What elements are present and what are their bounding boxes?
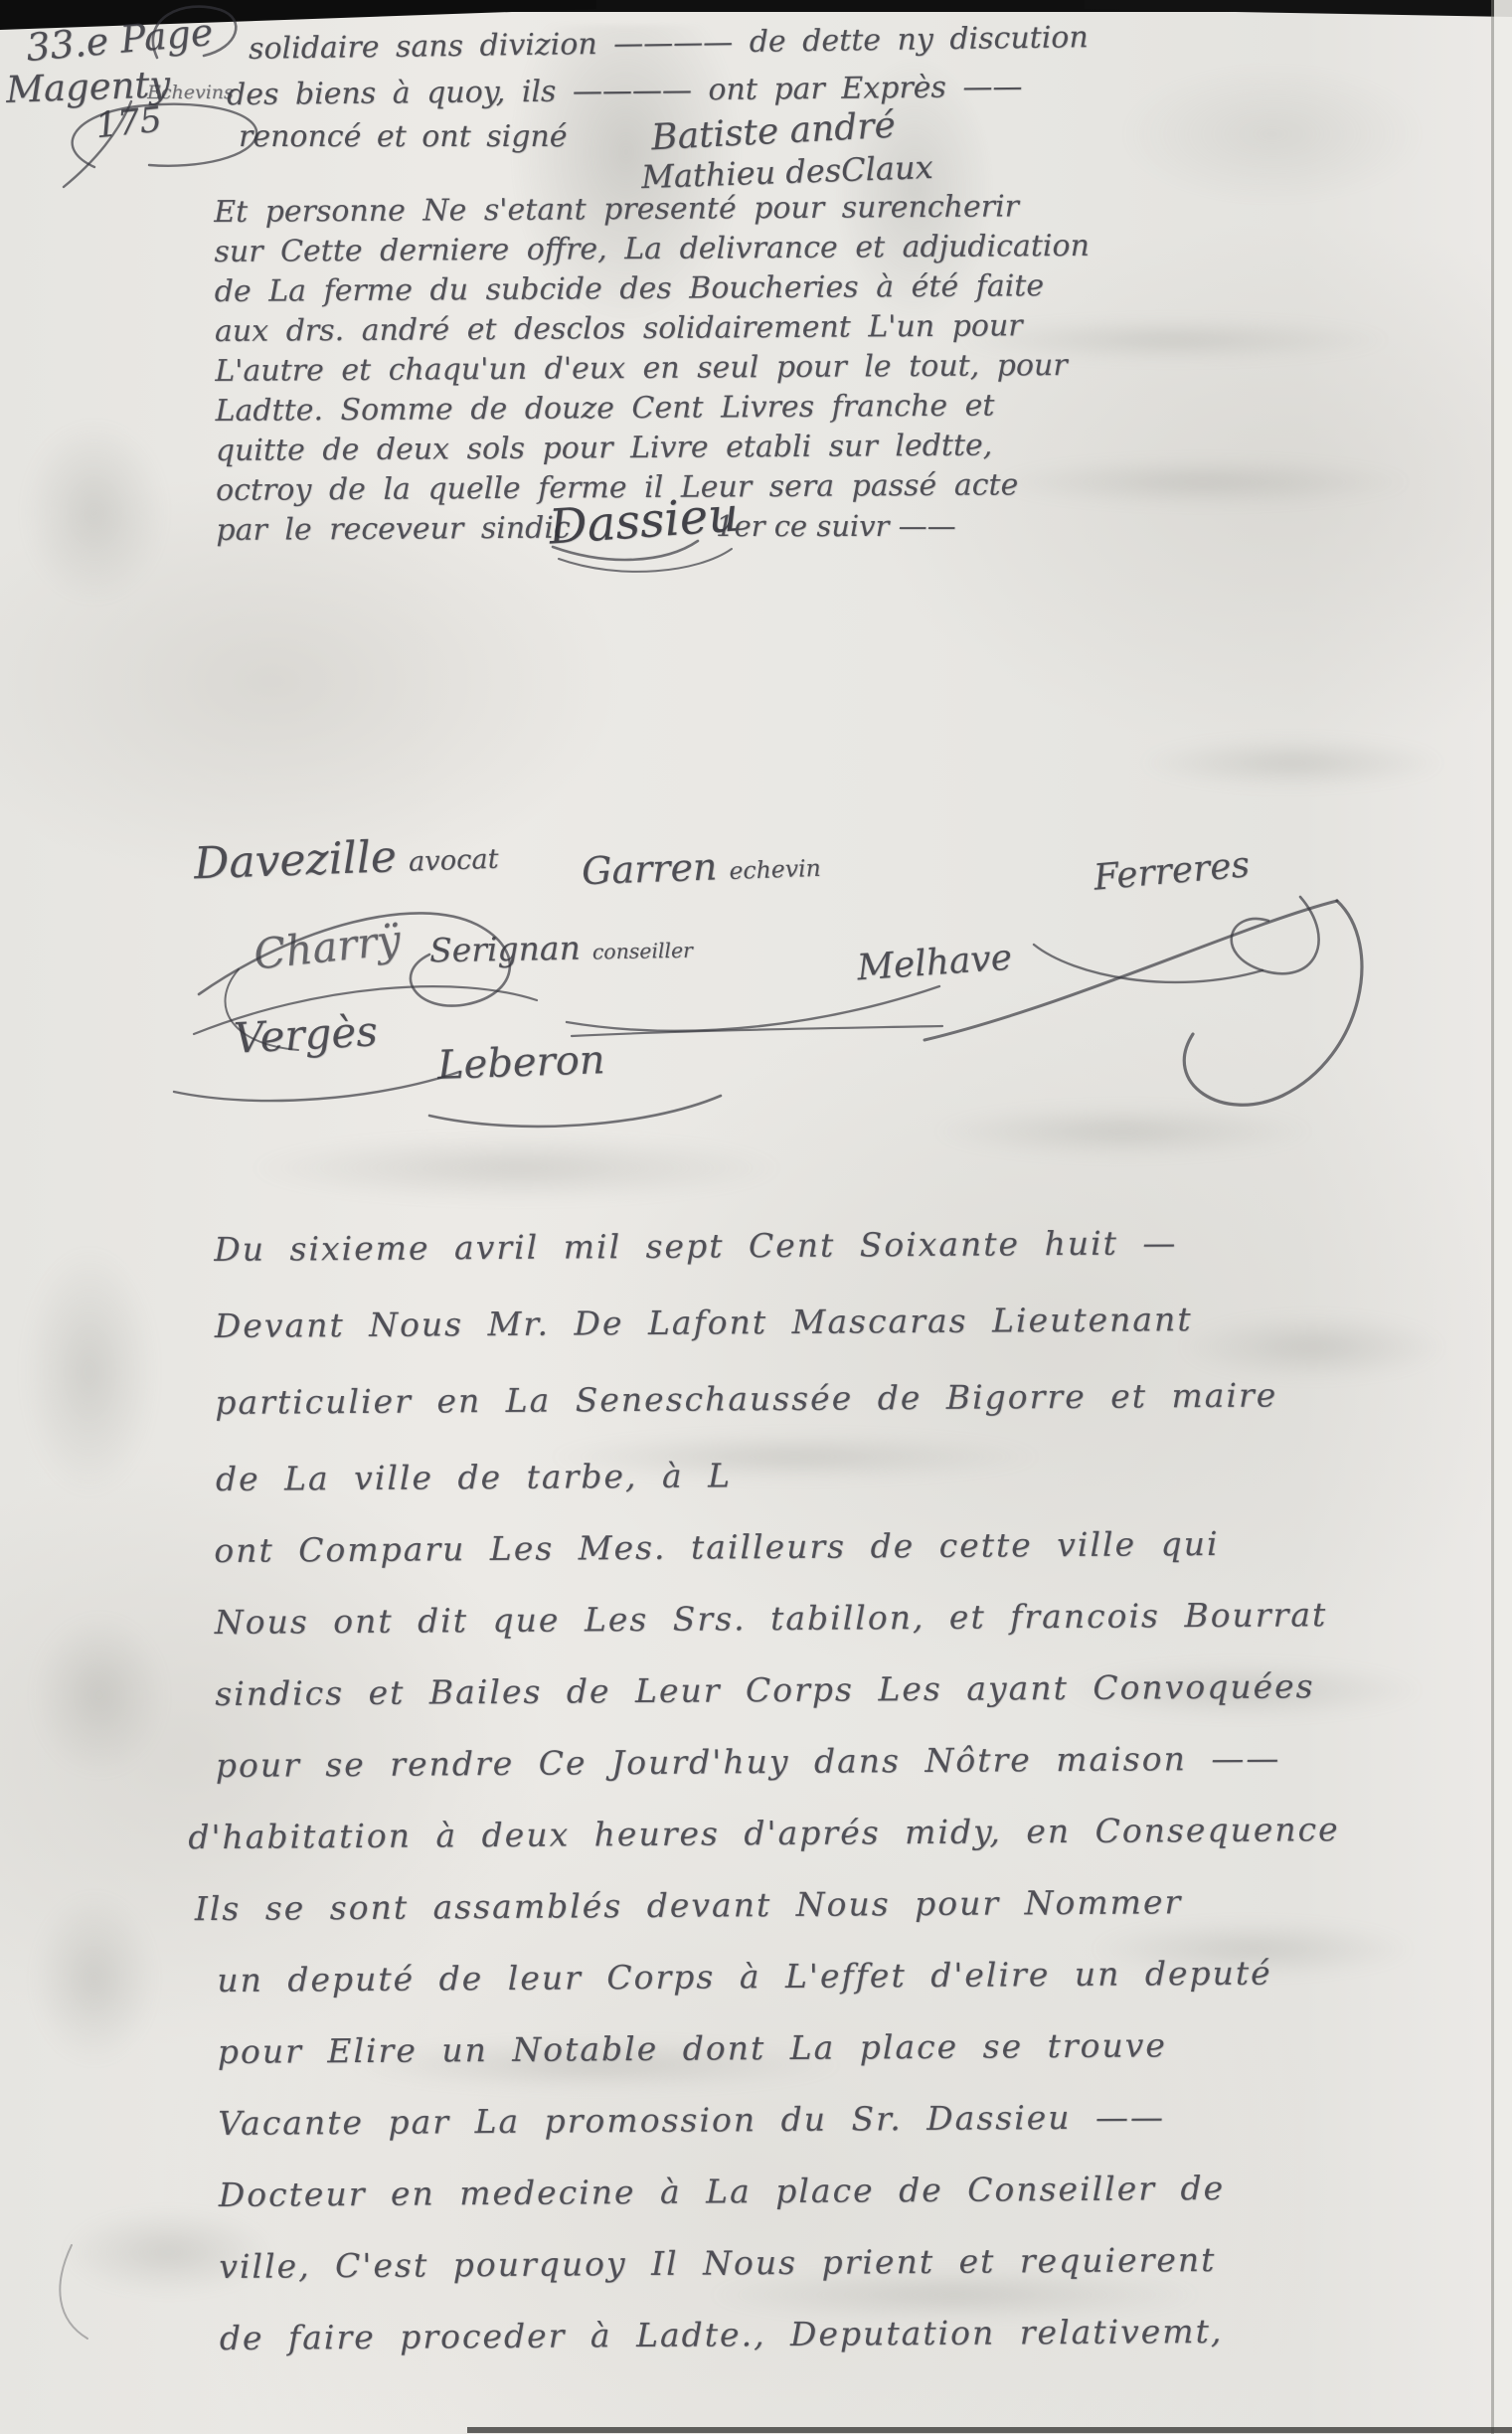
signatory-name: Garren <box>581 844 718 893</box>
signatory-name: Vergès <box>233 1006 379 1063</box>
body-line: d'habitation à deux heures d'aprés midy,… <box>188 1794 1340 1873</box>
body-line: Et personne Ne s'etant presenté pour sur… <box>214 187 1090 233</box>
body-line: pour se rendre Ce Jourd'huy dans Nôtre m… <box>216 1722 1340 1802</box>
body-line: Du sixieme avril mil sept Cent Soixante … <box>214 1204 1276 1288</box>
serignan-swash <box>567 986 939 1031</box>
bleedthrough-smudge <box>924 1104 1322 1159</box>
body-line: Vacante par La promossion du Sr. Dassieu… <box>218 2080 1342 2160</box>
signature-ferreres: Ferreres <box>1092 844 1252 899</box>
opening-line: renoncé et ont signé <box>239 119 567 154</box>
assembly-paragraph: ont Comparu Les Mes. tailleurs de cette … <box>214 1507 1343 2374</box>
signatory-title: echevin <box>729 854 821 885</box>
margin-note: Echevins <box>147 82 234 103</box>
signatory-name: Davezille <box>193 831 397 889</box>
body-line: sur Cette derniere offre, La delivrance … <box>214 227 1090 272</box>
body-line: particulier en La Seneschaussée de Bigor… <box>215 1357 1277 1441</box>
body-line: un deputé de leur Corps à L'effet d'elir… <box>217 1937 1341 2016</box>
signature-davezille: Davezilleavocat <box>193 828 499 890</box>
session-paragraph: Du sixieme avril mil sept Cent Soixante … <box>214 1204 1278 1517</box>
opening-line: solidaire sans divizion ———— de dette ny… <box>249 20 1089 67</box>
bleedthrough-smudge <box>239 1133 795 1203</box>
signatory-name: Ferreres <box>1092 844 1252 899</box>
signatory-name: Melhave <box>856 938 1013 989</box>
bleedthrough-smudge <box>1133 736 1451 789</box>
body-line: Ils se sont assamblés devant Nous pour N… <box>195 1865 1341 1945</box>
body-line: Nous ont dit que Les Srs. tabillon, et f… <box>215 1579 1339 1658</box>
verges-underline <box>174 1072 459 1101</box>
signatory-name: Serignan <box>429 929 581 970</box>
signature-serignan: Serignanconseiller <box>429 927 693 970</box>
body-line: de La ferme du subcide des Boucheries à … <box>215 266 1091 312</box>
signature-garren: Garrenechevin <box>581 841 821 893</box>
body-line: Ladtte. Somme de douze Cent Livres franc… <box>215 386 1091 432</box>
signatory-name: Leberon <box>436 1037 605 1089</box>
page-fold-line <box>1491 0 1494 2434</box>
signature-leberon: Leberon <box>436 1037 605 1089</box>
folio-number: 175 <box>93 100 164 147</box>
signature-verges: Vergès <box>233 1006 379 1063</box>
bleedthrough-smudge <box>20 418 169 607</box>
manuscript-page: 33.e Page Magenty Echevins 175 solidaire… <box>0 0 1512 2434</box>
bleedthrough-smudge <box>30 1611 169 1780</box>
body-line: Docteur en medecine à La place de Consei… <box>219 2152 1343 2231</box>
body-line: de La ville de tarbe, à L <box>216 1434 1278 1517</box>
signatory-title: conseiller <box>592 939 693 964</box>
body-line: aux drs. andré et desclos solidairement … <box>215 306 1091 352</box>
body-line: ville, C'est pourquoy Il Nous prient et … <box>219 2223 1343 2303</box>
bleedthrough-smudge <box>30 1889 159 2068</box>
body-line: sindics et Bailes de Leur Corps Les ayan… <box>215 1651 1339 1730</box>
faded-stamp <box>1113 60 1431 209</box>
bleedthrough-smudge <box>20 1243 159 1501</box>
body-line: ont Comparu Les Mes. tailleurs de cette … <box>214 1507 1338 1587</box>
body-line: pour Elire un Notable dont La place se t… <box>218 2008 1342 2088</box>
page-gutter <box>1494 0 1512 2434</box>
signatory-name: Charrÿ <box>252 915 403 978</box>
scan-edge-bottom <box>467 2427 1512 2433</box>
body-line: Devant Nous Mr. De Lafont Mascaras Lieut… <box>215 1281 1277 1364</box>
margin-pen-mark <box>60 2245 87 2339</box>
receiver-suffix: 1er ce suivr —— <box>716 509 956 543</box>
opening-line: des biens à quoy, ils ———— ont par Exprè… <box>227 70 1023 112</box>
body-line: quitte de deux sols pour Livre etabli su… <box>216 426 1092 471</box>
body-line: de faire proceder à Ladte., Deputation r… <box>220 2295 1344 2374</box>
signature-charry: Charrÿ <box>252 915 403 978</box>
ferreres-flourish <box>1034 897 1319 982</box>
body-line: L'autre et chaqu'un d'eux en seul pour l… <box>215 346 1091 392</box>
scan-edge-top-right <box>1085 0 1512 17</box>
melhave-paraph <box>924 901 1362 1105</box>
signatory-title: avocat <box>408 844 499 878</box>
signature-melhave: Melhave <box>856 938 1013 989</box>
